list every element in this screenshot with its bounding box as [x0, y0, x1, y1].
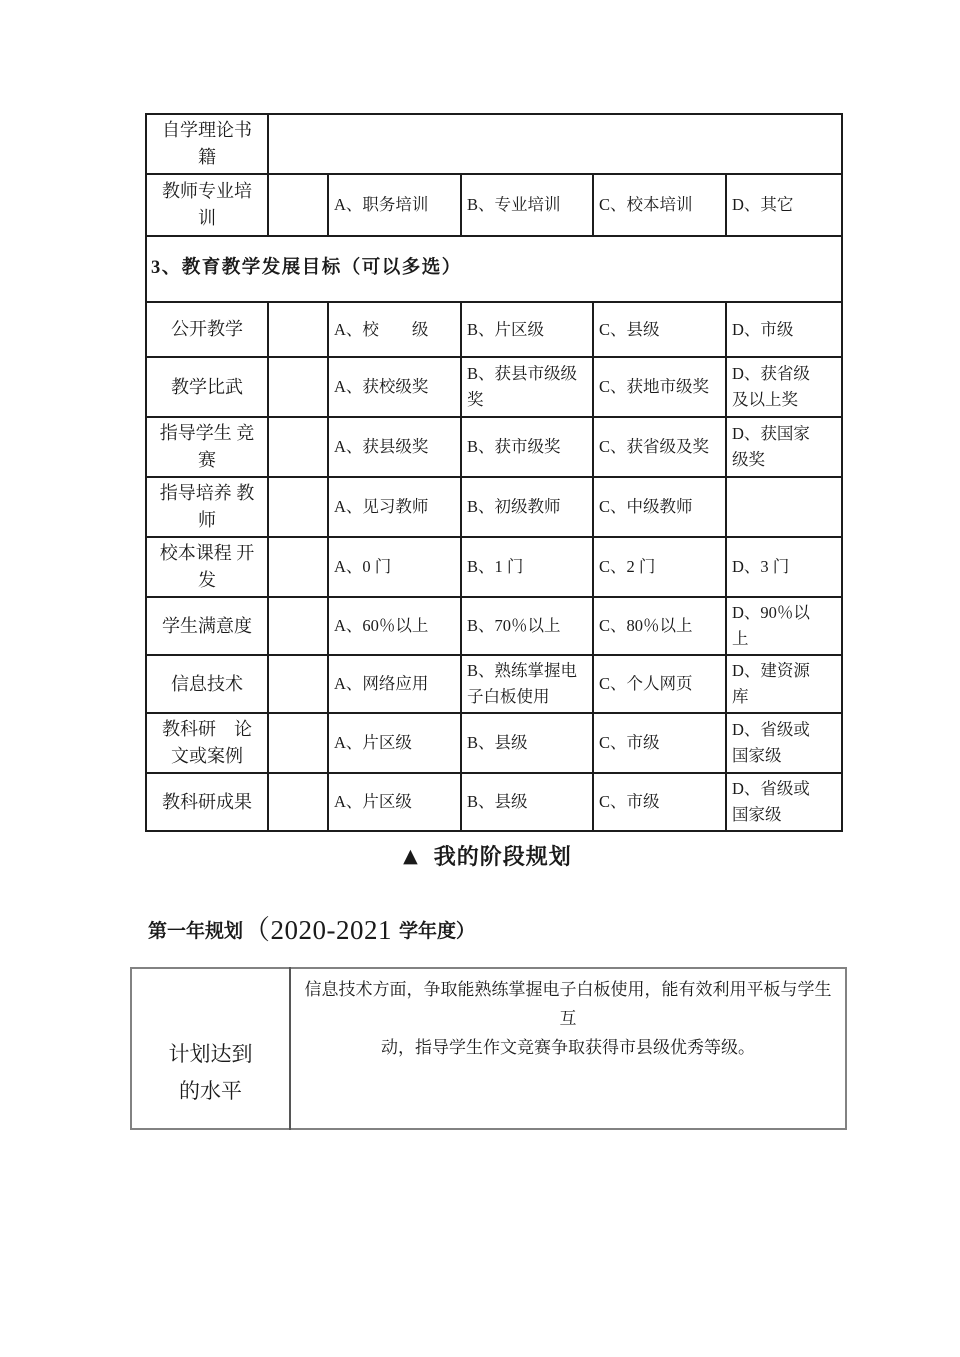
row-label-research-papers: 教科研 论文或案例 — [146, 713, 268, 773]
row-label-school-curriculum: 校本课程 开发 — [146, 537, 268, 597]
row-teaching-contest: 教学比武 A、获校级奖 B、获县市级级奖 C、获地市级奖 D、获省级及以上奖 — [146, 357, 842, 417]
option-a-cell: A、校 级 — [328, 302, 461, 357]
plan-content-line1: 信息技术方面，争取能熟练掌握电子白板使用，能有效利用平板与学生互 — [299, 975, 837, 1033]
section-header-text: 3、教育教学发展目标（可以多选） — [146, 236, 842, 302]
option-a-cell: A、0 门 — [328, 537, 461, 597]
option-d-cell: D、其它 — [726, 174, 842, 236]
row-student-satisfaction: 学生满意度 A、60％以上 B、70％以上 C、80％以上 D、90％以上 — [146, 597, 842, 655]
row-label-research-results: 教科研成果 — [146, 773, 268, 831]
selection-cell — [268, 655, 328, 713]
option-a-cell: A、职务培训 — [328, 174, 461, 236]
first-year-plan-period: （2020-2021 — [243, 915, 392, 945]
row-open-teaching: 公开教学 A、校 级 B、片区级 C、县级 D、市级 — [146, 302, 842, 357]
option-c-cell: C、2 门 — [593, 537, 726, 597]
row-label-teaching-contest: 教学比武 — [146, 357, 268, 417]
option-c-cell: C、80％以上 — [593, 597, 726, 655]
selection-cell — [268, 713, 328, 773]
development-goals-table: 自学理论书籍 教师专业培训 A、职务培训 B、专业培训 C、校本培训 D、其它 … — [145, 113, 843, 832]
row-information-technology: 信息技术 A、网络应用 B、熟练掌握电子白板使用 C、个人网页 D、建资源库 — [146, 655, 842, 713]
option-c-cell: C、中级教师 — [593, 477, 726, 537]
option-b-cell: B、专业培训 — [461, 174, 593, 236]
selection-cell — [268, 773, 328, 831]
option-d-cell: D、90％以上 — [726, 597, 842, 655]
stage-plan-heading: ▲我的阶段规划 — [130, 840, 845, 871]
option-a-cell: A、获校级奖 — [328, 357, 461, 417]
option-b-cell: B、片区级 — [461, 302, 593, 357]
empty-answer-cell — [268, 114, 842, 174]
selection-cell — [268, 477, 328, 537]
document-page: 自学理论书籍 教师专业培训 A、职务培训 B、专业培训 C、校本培训 D、其它 … — [0, 0, 960, 1357]
option-a-cell: A、片区级 — [328, 773, 461, 831]
option-a-cell: A、片区级 — [328, 713, 461, 773]
row-label-student-competition: 指导学生 竞赛 — [146, 417, 268, 477]
option-c-cell: C、市级 — [593, 773, 726, 831]
option-c-cell: C、获地市级奖 — [593, 357, 726, 417]
option-c-cell: C、校本培训 — [593, 174, 726, 236]
option-c-cell: C、市级 — [593, 713, 726, 773]
plan-level-row: 计划达到 的水平 信息技术方面，争取能熟练掌握电子白板使用，能有效利用平板与学生… — [131, 968, 846, 1129]
first-year-plan-prefix: 第一年规划 — [148, 921, 243, 942]
row-research-papers: 教科研 论文或案例 A、片区级 B、县级 C、市级 D、省级或国家级 — [146, 713, 842, 773]
selection-cell — [268, 417, 328, 477]
selection-cell — [268, 537, 328, 597]
plan-level-table: 计划达到 的水平 信息技术方面，争取能熟练掌握电子白板使用，能有效利用平板与学生… — [130, 967, 847, 1130]
option-a-cell: A、获县级奖 — [328, 417, 461, 477]
option-b-cell: B、县级 — [461, 773, 593, 831]
option-b-cell: B、70％以上 — [461, 597, 593, 655]
selection-cell — [268, 174, 328, 236]
first-year-plan-heading: 第一年规划（2020-2021学年度） — [148, 908, 475, 947]
option-a-cell: A、60％以上 — [328, 597, 461, 655]
option-d-cell: D、建资源库 — [726, 655, 842, 713]
option-a-cell: A、见习教师 — [328, 477, 461, 537]
row-label-teacher-training: 教师专业培训 — [146, 174, 268, 236]
row-label-open-teaching: 公开教学 — [146, 302, 268, 357]
option-b-cell: B、获市级奖 — [461, 417, 593, 477]
plan-level-content: 信息技术方面，争取能熟练掌握电子白板使用，能有效利用平板与学生互 动，指导学生作… — [290, 968, 846, 1129]
row-self-study-books: 自学理论书籍 — [146, 114, 842, 174]
row-label-student-satisfaction: 学生满意度 — [146, 597, 268, 655]
row-label-information-technology: 信息技术 — [146, 655, 268, 713]
plan-level-label-line2: 的水平 — [138, 1073, 283, 1110]
option-d-cell — [726, 477, 842, 537]
option-b-cell: B、县级 — [461, 713, 593, 773]
plan-content-line2: 动，指导学生作文竞赛争取获得市县级优秀等级。 — [299, 1033, 837, 1062]
option-d-cell: D、市级 — [726, 302, 842, 357]
option-c-cell: C、个人网页 — [593, 655, 726, 713]
option-c-cell: C、县级 — [593, 302, 726, 357]
option-b-cell: B、初级教师 — [461, 477, 593, 537]
plan-level-label: 计划达到 的水平 — [131, 968, 290, 1129]
option-c-cell: C、获省级及奖 — [593, 417, 726, 477]
row-label-mentoring-teachers: 指导培养 教师 — [146, 477, 268, 537]
option-d-cell: D、省级或国家级 — [726, 773, 842, 831]
plan-level-label-line1: 计划达到 — [138, 1036, 283, 1073]
selection-cell — [268, 302, 328, 357]
option-b-cell: B、获县市级级奖 — [461, 357, 593, 417]
row-label-self-study-books: 自学理论书籍 — [146, 114, 268, 174]
row-student-competition: 指导学生 竞赛 A、获县级奖 B、获市级奖 C、获省级及奖 D、获国家级奖 — [146, 417, 842, 477]
option-d-cell: D、获省级及以上奖 — [726, 357, 842, 417]
selection-cell — [268, 357, 328, 417]
option-b-cell: B、1 门 — [461, 537, 593, 597]
option-a-cell: A、网络应用 — [328, 655, 461, 713]
selection-cell — [268, 597, 328, 655]
first-year-plan-suffix: 学年度） — [399, 921, 475, 942]
row-school-curriculum: 校本课程 开发 A、0 门 B、1 门 C、2 门 D、3 门 — [146, 537, 842, 597]
row-mentoring-teachers: 指导培养 教师 A、见习教师 B、初级教师 C、中级教师 — [146, 477, 842, 537]
option-d-cell: D、省级或国家级 — [726, 713, 842, 773]
row-teacher-training: 教师专业培训 A、职务培训 B、专业培训 C、校本培训 D、其它 — [146, 174, 842, 236]
stage-plan-heading-text: 我的阶段规划 — [434, 844, 572, 869]
option-d-cell: D、获国家级奖 — [726, 417, 842, 477]
option-d-cell: D、3 门 — [726, 537, 842, 597]
option-b-cell: B、熟练掌握电子白板使用 — [461, 655, 593, 713]
section-header-row: 3、教育教学发展目标（可以多选） — [146, 236, 842, 302]
triangle-marker-icon: ▲ — [403, 845, 418, 867]
row-research-results: 教科研成果 A、片区级 B、县级 C、市级 D、省级或国家级 — [146, 773, 842, 831]
